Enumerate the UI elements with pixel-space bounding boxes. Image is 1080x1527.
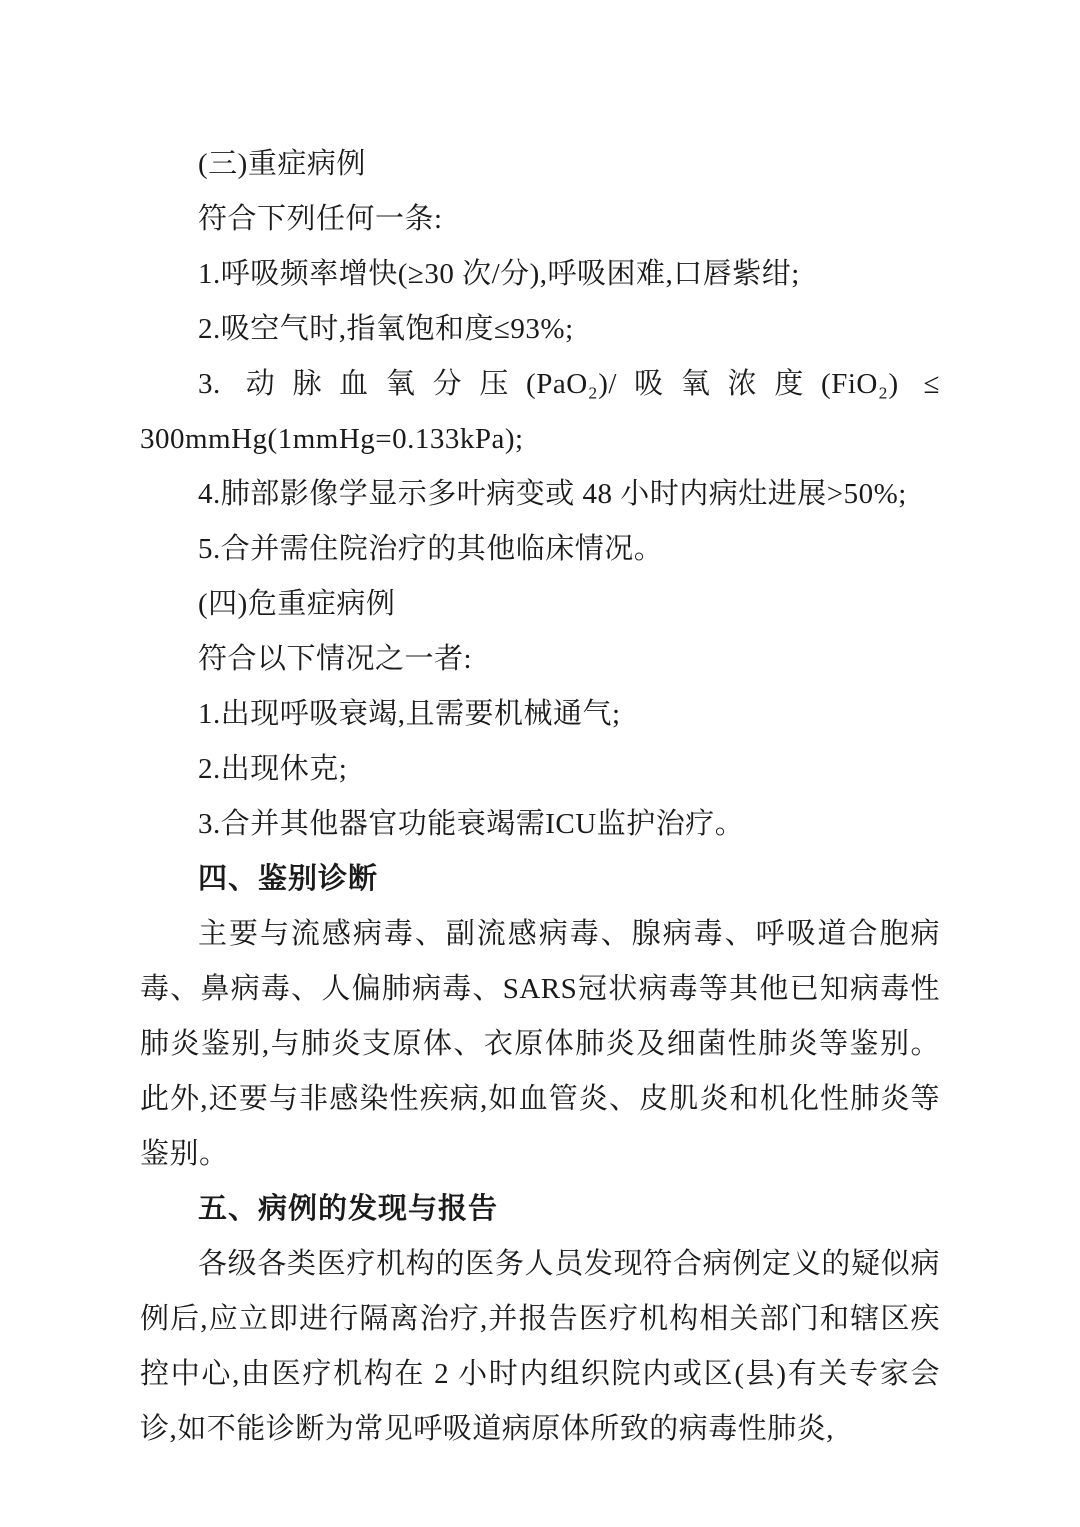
critical-case-criterion-3: 3.合并其他器官功能衰竭需ICU监护治疗。 <box>140 797 940 852</box>
section-heading-differential-diagnosis: 四、鉴别诊断 <box>140 852 940 907</box>
severe-case-criterion-5: 5.合并需住院治疗的其他临床情况。 <box>140 522 940 577</box>
severe-cases-intro: 符合下列任何一条: <box>140 192 940 247</box>
severe-case-criterion-1: 1.呼吸频率增快(≥30 次/分),呼吸困难,口唇紫绀; <box>140 247 940 302</box>
document-body: (三)重症病例 符合下列任何一条: 1.呼吸频率增快(≥30 次/分),呼吸困难… <box>140 137 940 1457</box>
document-page: (三)重症病例 符合下列任何一条: 1.呼吸频率增快(≥30 次/分),呼吸困难… <box>0 0 1080 1527</box>
section-heading-severe-cases: (三)重症病例 <box>140 137 940 192</box>
severe-case-criterion-2: 2.吸空气时,指氧饱和度≤93%; <box>140 302 940 357</box>
differential-diagnosis-paragraph: 主要与流感病毒、副流感病毒、腺病毒、呼吸道合胞病毒、鼻病毒、人偏肺病毒、SARS… <box>140 907 940 1182</box>
case-detection-reporting-paragraph: 各级各类医疗机构的医务人员发现符合病例定义的疑似病例后,应立即进行隔离治疗,并报… <box>140 1237 940 1457</box>
critical-case-criterion-2: 2.出现休克; <box>140 742 940 797</box>
severe-case-criterion-3: 3. 动脉血氧分压(PaO₂)/吸氧浓度(FiO₂) ≤ 300mmHg(1mm… <box>140 357 940 467</box>
section-heading-case-detection-reporting: 五、病例的发现与报告 <box>140 1182 940 1237</box>
severe-case-criterion-4: 4.肺部影像学显示多叶病变或 48 小时内病灶进展>50%; <box>140 467 940 522</box>
critical-cases-intro: 符合以下情况之一者: <box>140 632 940 687</box>
critical-case-criterion-1: 1.出现呼吸衰竭,且需要机械通气; <box>140 687 940 742</box>
section-heading-critical-cases: (四)危重症病例 <box>140 577 940 632</box>
